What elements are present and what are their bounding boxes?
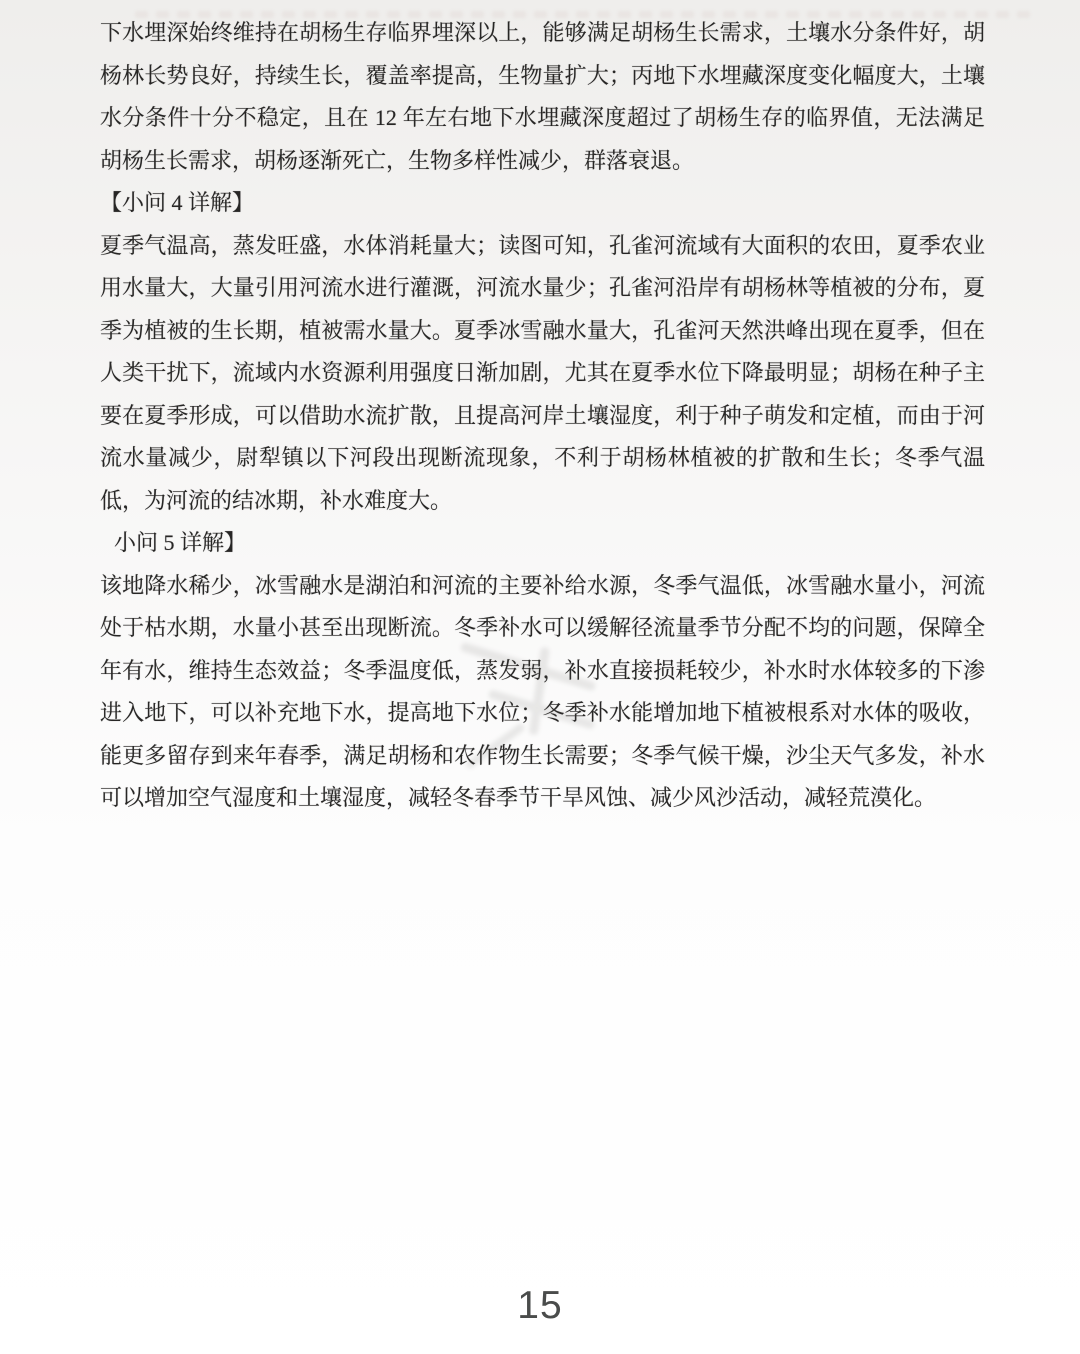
paragraph-subquestion-4-answer: 夏季气温高，蒸发旺盛，水体消耗量大；读图可知，孔雀河流域有大面积的农田，夏季农业… [100, 225, 985, 523]
paragraph-groundwater-conclusion: 下水埋深始终维持在胡杨生存临界埋深以上，能够满足胡杨生长需求，土壤水分条件好，胡… [100, 12, 985, 182]
heading-subquestion-4: 【小问 4 详解】 [100, 182, 985, 225]
answer-text-block: 下水埋深始终维持在胡杨生存临界埋深以上，能够满足胡杨生长需求，土壤水分条件好，胡… [100, 12, 985, 820]
page-number: 15 [0, 1284, 1080, 1328]
paragraph-subquestion-5-answer: 该地降水稀少，冰雪融水是湖泊和河流的主要补给水源，冬季气温低，冰雪融水量小，河流… [100, 565, 985, 820]
document-page: 下水埋深始终维持在胡杨生存临界埋深以上，能够满足胡杨生长需求，土壤水分条件好，胡… [0, 0, 1080, 1354]
heading-subquestion-5: 小问 5 详解】 [100, 522, 985, 565]
